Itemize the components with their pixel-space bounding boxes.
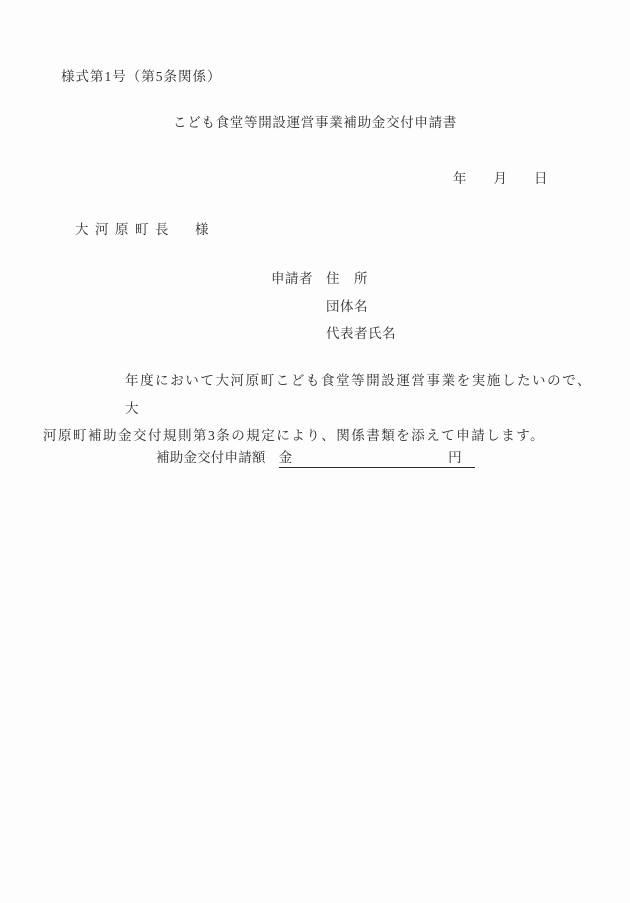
date-line: 年 月 日 xyxy=(453,167,548,187)
applicant-field-organization-name: 団体名 xyxy=(326,300,396,314)
applicant-block: 申請者 住 所 団体名 代表者氏名 xyxy=(271,272,396,355)
body-paragraph: 年度において大河原町こども食堂等開設運営事業を実施したいので、大 河原町補助金交… xyxy=(43,367,592,450)
amount-underline: 金 円 xyxy=(279,446,475,468)
applicant-field-address: 住 所 xyxy=(326,272,396,286)
amount-currency-prefix: 金 xyxy=(279,446,293,466)
body-paragraph-line-1: 年度において大河原町こども食堂等開設運営事業を実施したいので、大 xyxy=(43,367,592,422)
applicant-label: 申請者 xyxy=(271,272,313,286)
amount-currency-suffix: 円 xyxy=(448,446,475,466)
document-page: 様式第1号（第5条関係） こども食堂等開設運営事業補助金交付申請書 年 月 日 … xyxy=(0,0,630,903)
recipient-line: 大河原町長 様 xyxy=(75,218,215,238)
form-number: 様式第1号（第5条関係） xyxy=(61,65,222,85)
document-title: こども食堂等開設運営事業補助金交付申請書 xyxy=(0,111,630,131)
applicant-fields: 住 所 団体名 代表者氏名 xyxy=(326,272,396,355)
applicant-field-representative-name: 代表者氏名 xyxy=(326,327,396,341)
amount-row: 補助金交付申請額 金 円 xyxy=(156,446,475,468)
amount-label: 補助金交付申請額 xyxy=(156,446,266,466)
